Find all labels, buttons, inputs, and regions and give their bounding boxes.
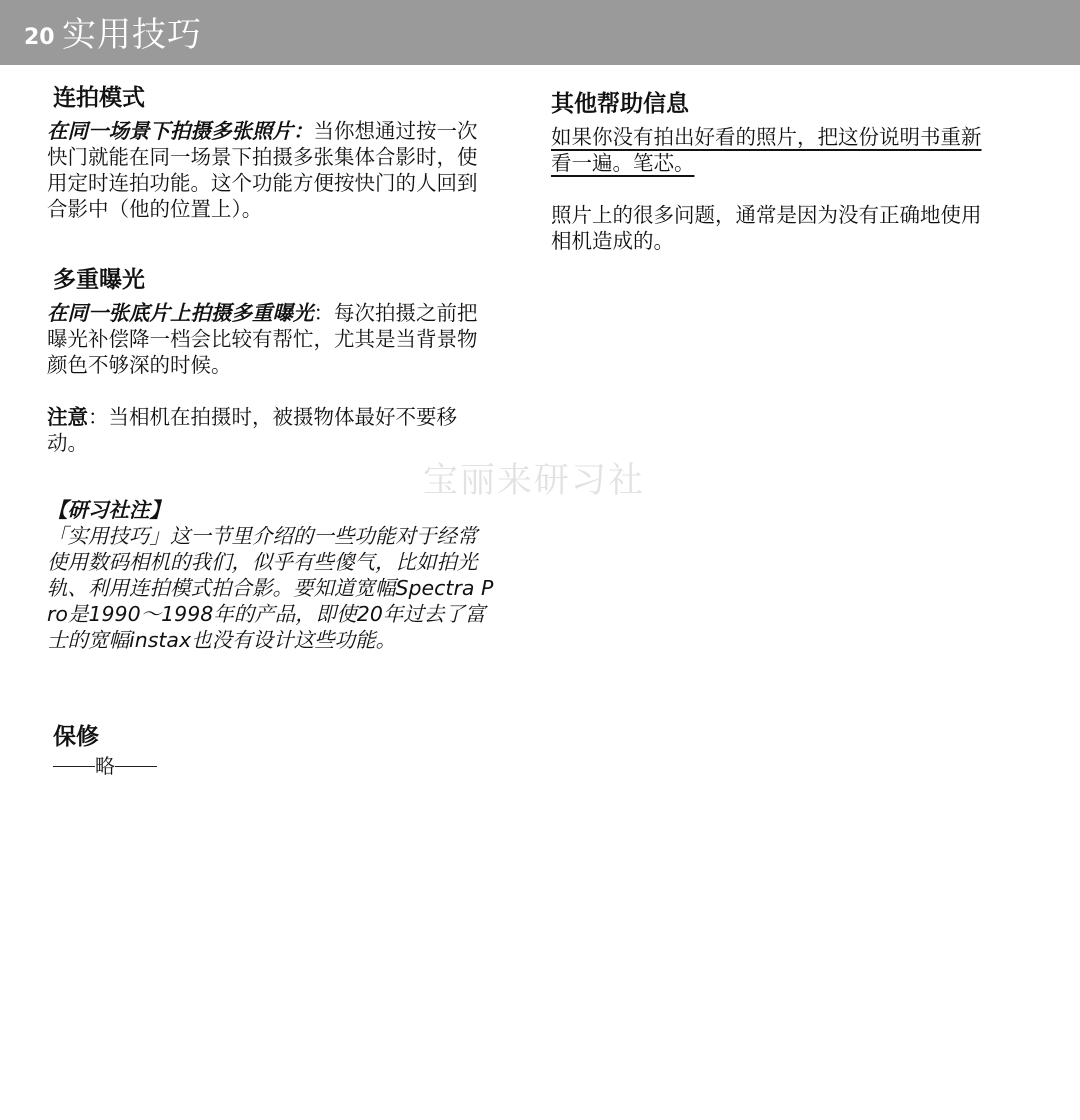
- section-title: 连拍模式: [47, 82, 497, 114]
- dash-divider: [53, 766, 95, 767]
- section-burst-mode: 连拍模式 在同一场景下拍摄多张照片：当你想通过按一次快门就能在同一场景下拍摄多张…: [47, 82, 497, 222]
- note-paragraph: 注意：当相机在拍摄时，被摄物体最好不要移动。: [47, 404, 497, 456]
- lead-colon: ：: [314, 301, 335, 325]
- omitted-text: 略: [95, 753, 115, 779]
- section-other-help: 其他帮助信息 如果你没有拍出好看的照片，把这份说明书重新看一遍。笔芯。 照片上的…: [551, 88, 1001, 254]
- dash-divider: [115, 766, 157, 767]
- section-title: 多重曝光: [47, 264, 497, 296]
- note-body: 当相机在拍摄时，被摄物体最好不要移动。: [47, 405, 457, 455]
- underlined-paragraph: 如果你没有拍出好看的照片，把这份说明书重新看一遍。笔芯。: [551, 124, 1001, 176]
- section-multiple-exposure: 多重曝光 在同一张底片上拍摄多重曝光：每次拍摄之前把曝光补偿降一档会比较有帮忙，…: [47, 264, 497, 456]
- section-paragraph: 在同一场景下拍摄多张照片：当你想通过按一次快门就能在同一场景下拍摄多张集体合影时…: [47, 118, 497, 222]
- annotation-body: 「实用技巧」这一节里介绍的一些功能对于经常使用数码相机的我们，似乎有些傻气，比如…: [47, 523, 497, 653]
- omitted-line: 略: [47, 753, 497, 779]
- note-label: 注意: [47, 405, 88, 429]
- page-number: 20: [24, 24, 55, 52]
- section-title: 保修: [47, 721, 497, 753]
- section-paragraph: 照片上的很多问题，通常是因为没有正确地使用相机造成的。: [551, 202, 1001, 254]
- note-colon: ：: [88, 405, 109, 429]
- page-header: 20 实用技巧: [0, 0, 1080, 65]
- watermark: 宝丽来研习社: [423, 459, 645, 503]
- lead-phrase: 在同一场景下拍摄多张照片：: [47, 119, 314, 143]
- section-title: 其他帮助信息: [551, 88, 1001, 120]
- lead-phrase: 在同一张底片上拍摄多重曝光: [47, 301, 314, 325]
- section-annotation: 【研习社注】 「实用技巧」这一节里介绍的一些功能对于经常使用数码相机的我们，似乎…: [47, 497, 497, 653]
- chapter-title: 实用技巧: [62, 13, 202, 57]
- section-paragraph: 在同一张底片上拍摄多重曝光：每次拍摄之前把曝光补偿降一档会比较有帮忙，尤其是当背…: [47, 300, 497, 378]
- section-warranty: 保修 略: [47, 721, 497, 779]
